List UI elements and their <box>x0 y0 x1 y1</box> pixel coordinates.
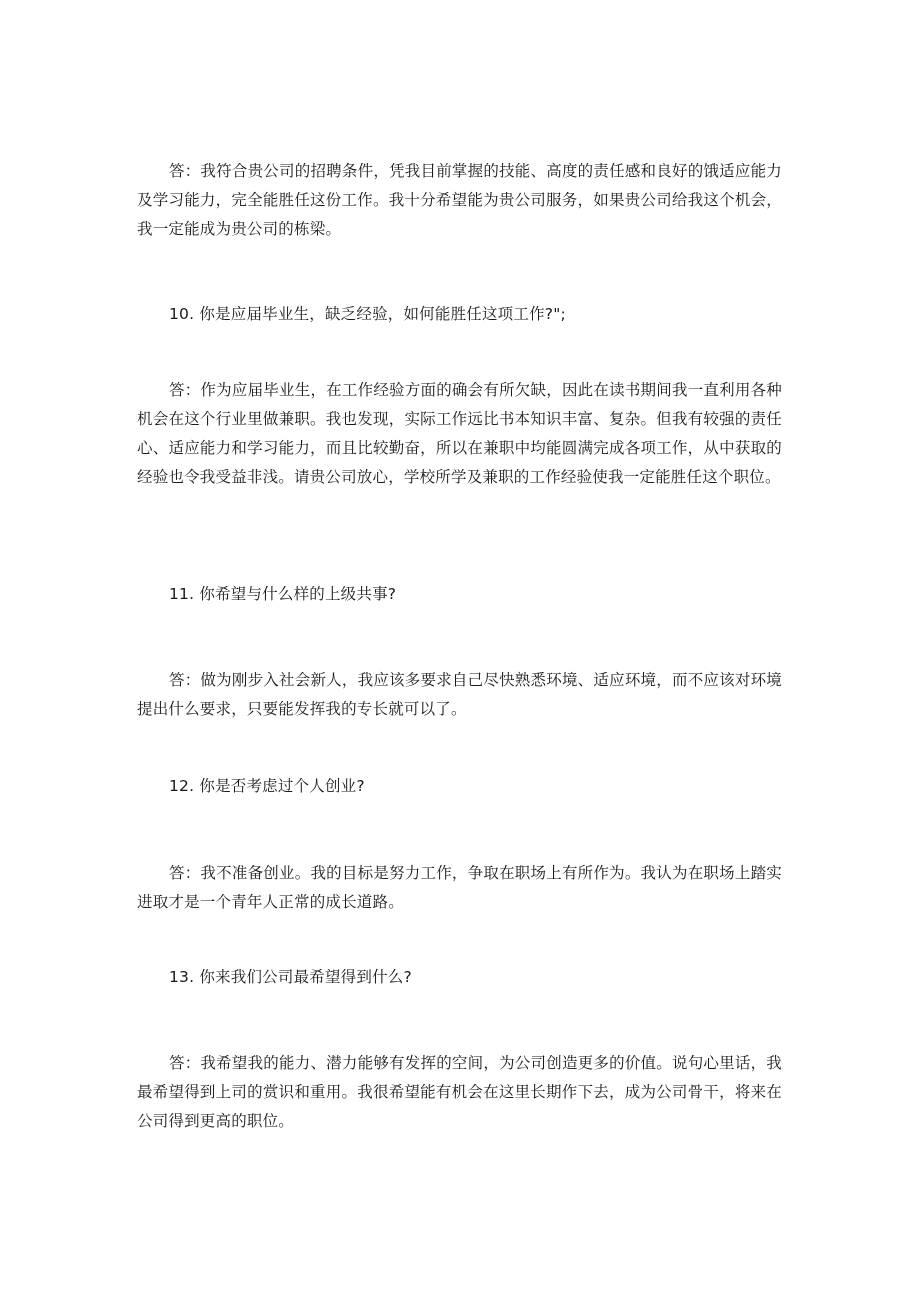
answer-paragraph: 答：做为刚步入社会新人，我应该多要求自己尽快熟悉环境、适应环境，而不应该对环境提… <box>137 666 782 724</box>
answer-paragraph: 答：我不准备创业。我的目标是努力工作，争取在职场上有所作为。我认为在职场上踏实进… <box>137 859 782 917</box>
answer-paragraph: 答：我希望我的能力、潜力能够有发挥的空间，为公司创造更多的价值。说句心里话，我最… <box>137 1049 782 1136</box>
question-heading: 13. 你来我们公司最希望得到什么? <box>169 963 412 992</box>
answer-paragraph: 答：作为应届毕业生，在工作经验方面的确会有所欠缺，因此在读书期间我一直利用各种机… <box>137 376 782 492</box>
question-heading: 12. 你是否考虑过个人创业? <box>169 772 365 801</box>
question-heading: 11. 你希望与什么样的上级共事? <box>169 580 396 609</box>
document-page: 答：我符合贵公司的招聘条件，凭我目前掌握的技能、高度的责任感和良好的饿适应能力及… <box>0 0 920 1302</box>
question-heading: 10. 你是应届毕业生，缺乏经验，如何能胜任这项工作?"; <box>169 300 566 329</box>
answer-paragraph: 答：我符合贵公司的招聘条件，凭我目前掌握的技能、高度的责任感和良好的饿适应能力及… <box>137 157 782 244</box>
